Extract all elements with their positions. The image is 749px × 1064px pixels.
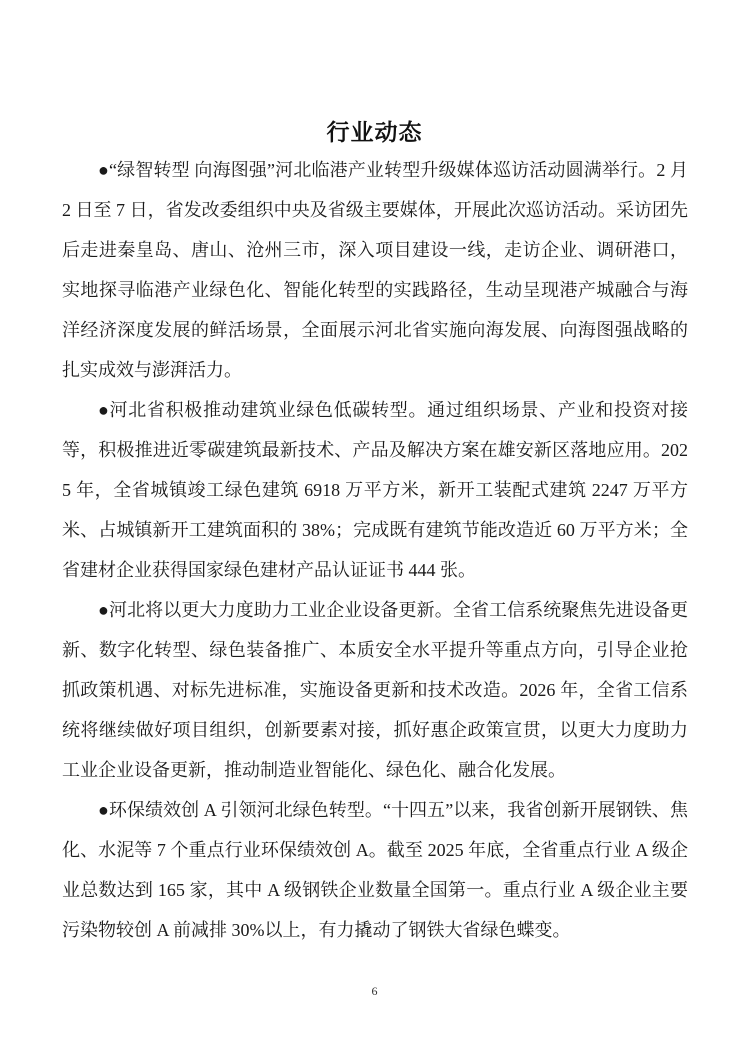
document-body: ●“绿智转型 向海图强”河北临港产业转型升级媒体巡访活动圆满举行。2 月 2 日… [62,150,688,950]
page-title: 行业动态 [0,114,749,147]
paragraph-green-building: ●河北省积极推动建筑业绿色低碳转型。通过组织场景、产业和投资对接等，积极推进近零… [62,390,688,590]
paragraph-environmental-grade-a: ●环保绩效创 A 引领河北绿色转型。“十四五”以来，我省创新开展钢铁、焦化、水泥… [62,790,688,950]
paragraph-industry-media-tour: ●“绿智转型 向海图强”河北临港产业转型升级媒体巡访活动圆满举行。2 月 2 日… [62,150,688,390]
document-page: 行业动态 ●“绿智转型 向海图强”河北临港产业转型升级媒体巡访活动圆满举行。2 … [0,0,749,1064]
paragraph-equipment-renewal: ●河北将以更大力度助力工业企业设备更新。全省工信系统聚焦先进设备更新、数字化转型… [62,590,688,790]
page-number: 6 [0,984,749,999]
